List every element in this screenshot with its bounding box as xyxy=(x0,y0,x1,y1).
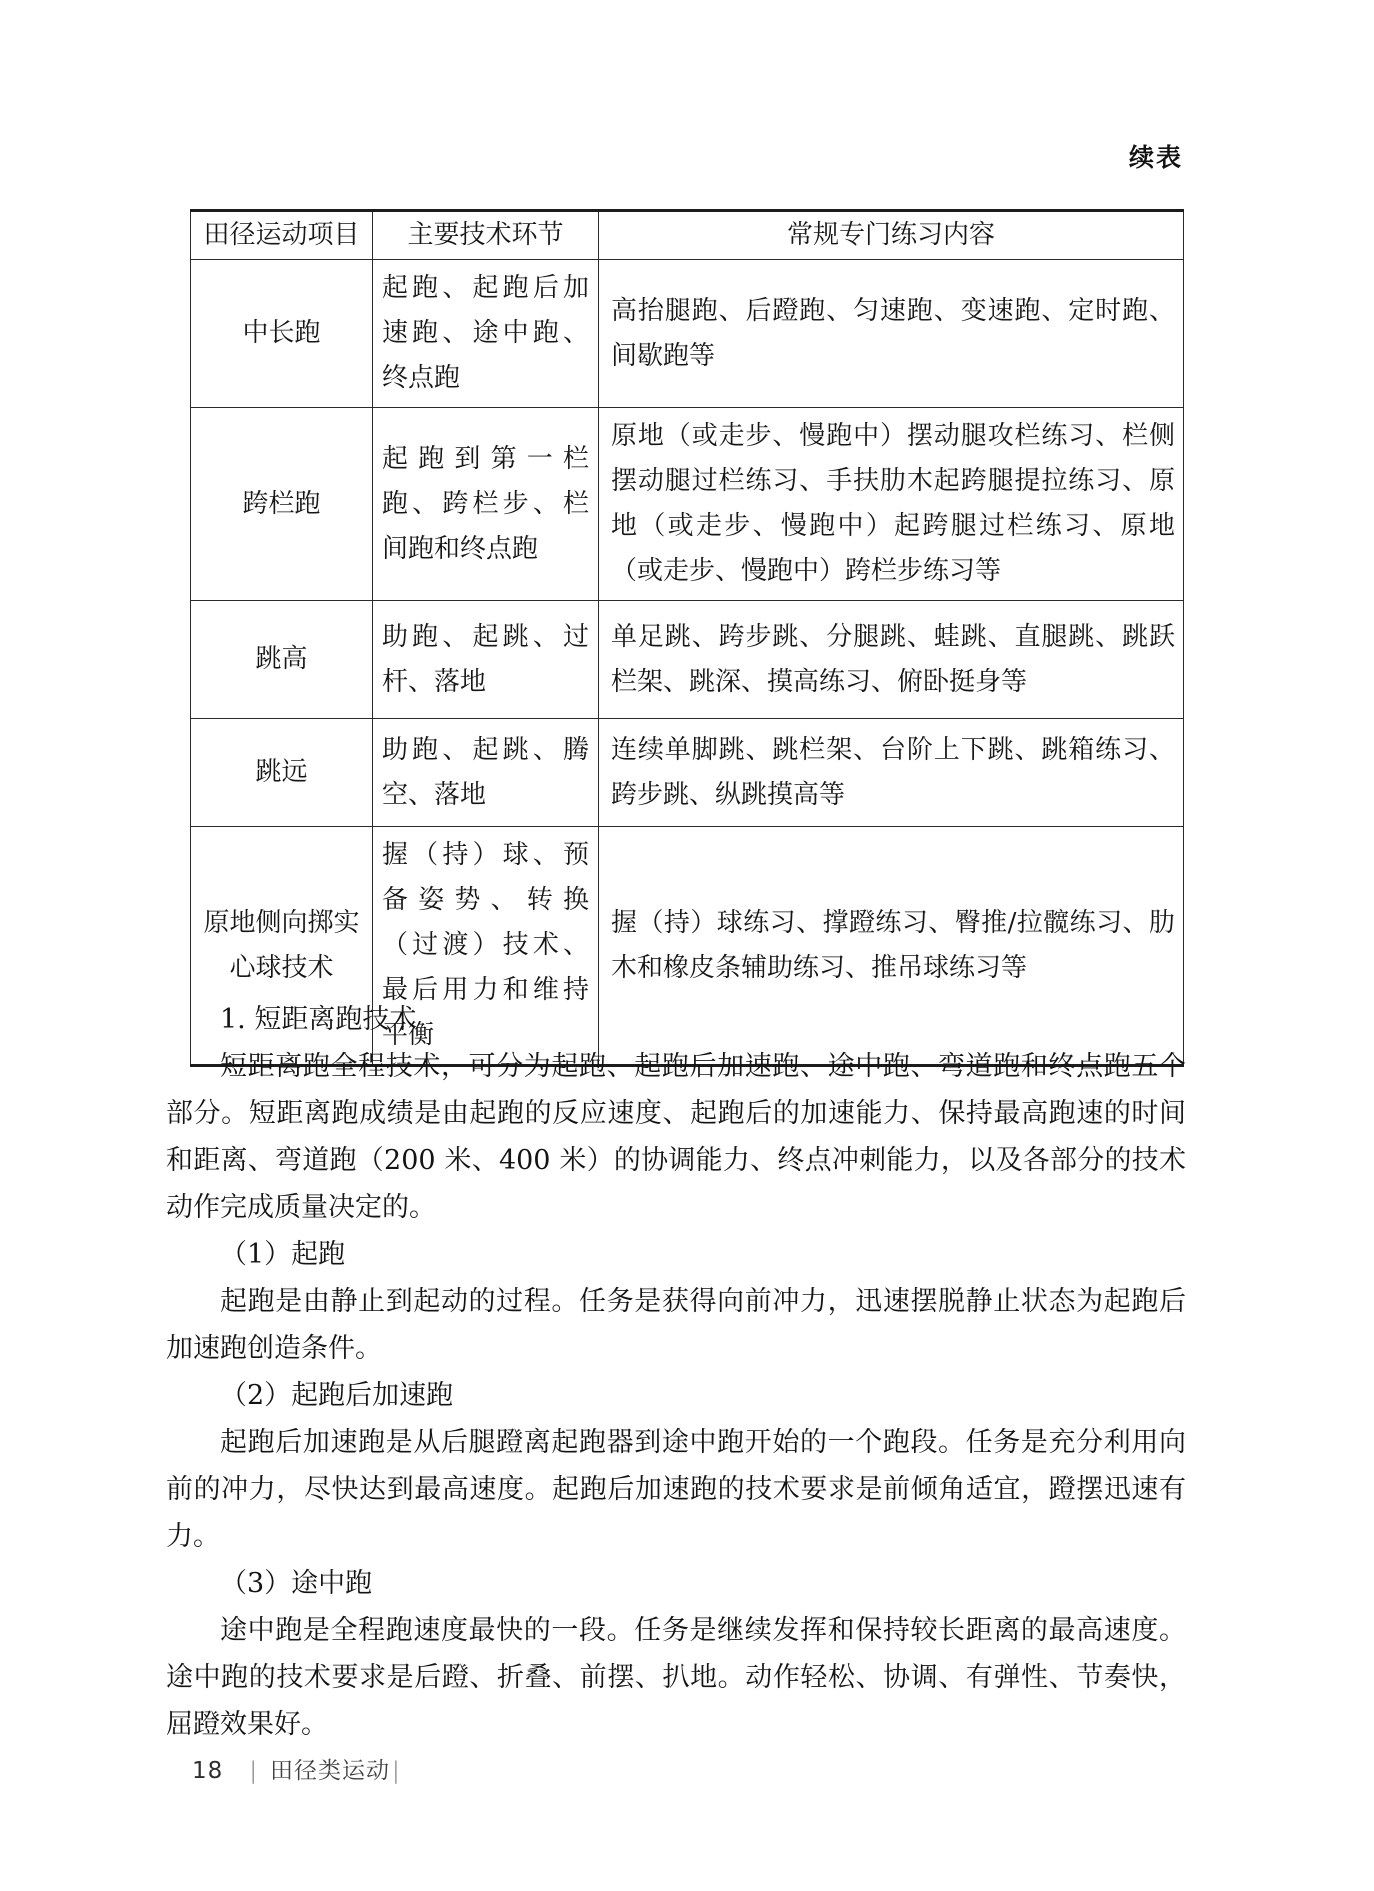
practice-cell: 原地（或走步、慢跑中）摆动腿攻栏练习、栏侧摆动腿过栏练习、手扶肋木起跨腿提拉练习… xyxy=(599,408,1184,601)
practice-cell: 连续单脚跳、跳栏架、台阶上下跳、跳箱练习、跨步跳、纵跳摸高等 xyxy=(599,719,1184,827)
paragraph: 起跑后加速跑是从后腿蹬离起跑器到途中跑开始的一个跑段。任务是充分利用向前的冲力，… xyxy=(166,1419,1186,1560)
event-cell: 跳高 xyxy=(191,601,373,719)
book-page: 续表 田径运动项目 主要技术环节 常规专门练习内容 中长跑 起跑、起跑后加速跑、… xyxy=(0,0,1374,1891)
body-text: 1. 短距离跑技术 短距离跑全程技术，可分为起跑、起跑后加速跑、途中跑、弯道跑和… xyxy=(166,996,1186,1748)
table-row: 跳高 助跑、起跳、过杆、落地 单足跳、跨步跳、分腿跳、蛙跳、直腿跳、跳跃栏架、跳… xyxy=(191,601,1184,719)
continued-table-label: 续表 xyxy=(1129,138,1183,174)
subsection-heading: （3）途中跑 xyxy=(166,1560,1186,1607)
footer-section-title: 田径类运动 xyxy=(270,1758,390,1784)
page-footer: 18|田径类运动| xyxy=(192,1752,401,1785)
section-heading: 1. 短距离跑技术 xyxy=(166,996,1186,1043)
paragraph: 起跑是由静止到起动的过程。任务是获得向前冲力，迅速摆脱静止状态为起跑后加速跑创造… xyxy=(166,1278,1186,1372)
subsection-heading: （2）起跑后加速跑 xyxy=(166,1372,1186,1419)
page-number: 18 xyxy=(192,1758,223,1784)
table-row: 跨栏跑 起跑到第一栏跑、跨栏步、栏间跑和终点跑 原地（或走步、慢跑中）摆动腿攻栏… xyxy=(191,408,1184,601)
table-row: 中长跑 起跑、起跑后加速跑、途中跑、终点跑 高抬腿跑、后蹬跑、匀速跑、变速跑、定… xyxy=(191,260,1184,408)
practice-table: 田径运动项目 主要技术环节 常规专门练习内容 中长跑 起跑、起跑后加速跑、途中跑… xyxy=(190,209,1184,1067)
practice-cell: 高抬腿跑、后蹬跑、匀速跑、变速跑、定时跑、间歇跑等 xyxy=(599,260,1184,408)
footer-separator: | xyxy=(249,1758,258,1784)
event-cell: 跨栏跑 xyxy=(191,408,373,601)
event-cell: 跳远 xyxy=(191,719,373,827)
technique-cell: 助跑、起跳、过杆、落地 xyxy=(373,601,599,719)
practice-cell: 单足跳、跨步跳、分腿跳、蛙跳、直腿跳、跳跃栏架、跳深、摸高练习、俯卧挺身等 xyxy=(599,601,1184,719)
subsection-heading: （1）起跑 xyxy=(166,1231,1186,1278)
paragraph: 途中跑是全程跑速度最快的一段。任务是继续发挥和保持较长距离的最高速度。途中跑的技… xyxy=(166,1607,1186,1748)
header-practice: 常规专门练习内容 xyxy=(599,211,1184,260)
event-cell: 中长跑 xyxy=(191,260,373,408)
paragraph: 短距离跑全程技术，可分为起跑、起跑后加速跑、途中跑、弯道跑和终点跑五个部分。短距… xyxy=(166,1043,1186,1231)
table-header-row: 田径运动项目 主要技术环节 常规专门练习内容 xyxy=(191,211,1184,260)
header-technique: 主要技术环节 xyxy=(373,211,599,260)
technique-cell: 起跑、起跑后加速跑、途中跑、终点跑 xyxy=(373,260,599,408)
technique-cell: 起跑到第一栏跑、跨栏步、栏间跑和终点跑 xyxy=(373,408,599,601)
header-event: 田径运动项目 xyxy=(191,211,373,260)
footer-separator: | xyxy=(392,1758,401,1784)
table-row: 跳远 助跑、起跳、腾空、落地 连续单脚跳、跳栏架、台阶上下跳、跳箱练习、跨步跳、… xyxy=(191,719,1184,827)
technique-cell: 助跑、起跳、腾空、落地 xyxy=(373,719,599,827)
